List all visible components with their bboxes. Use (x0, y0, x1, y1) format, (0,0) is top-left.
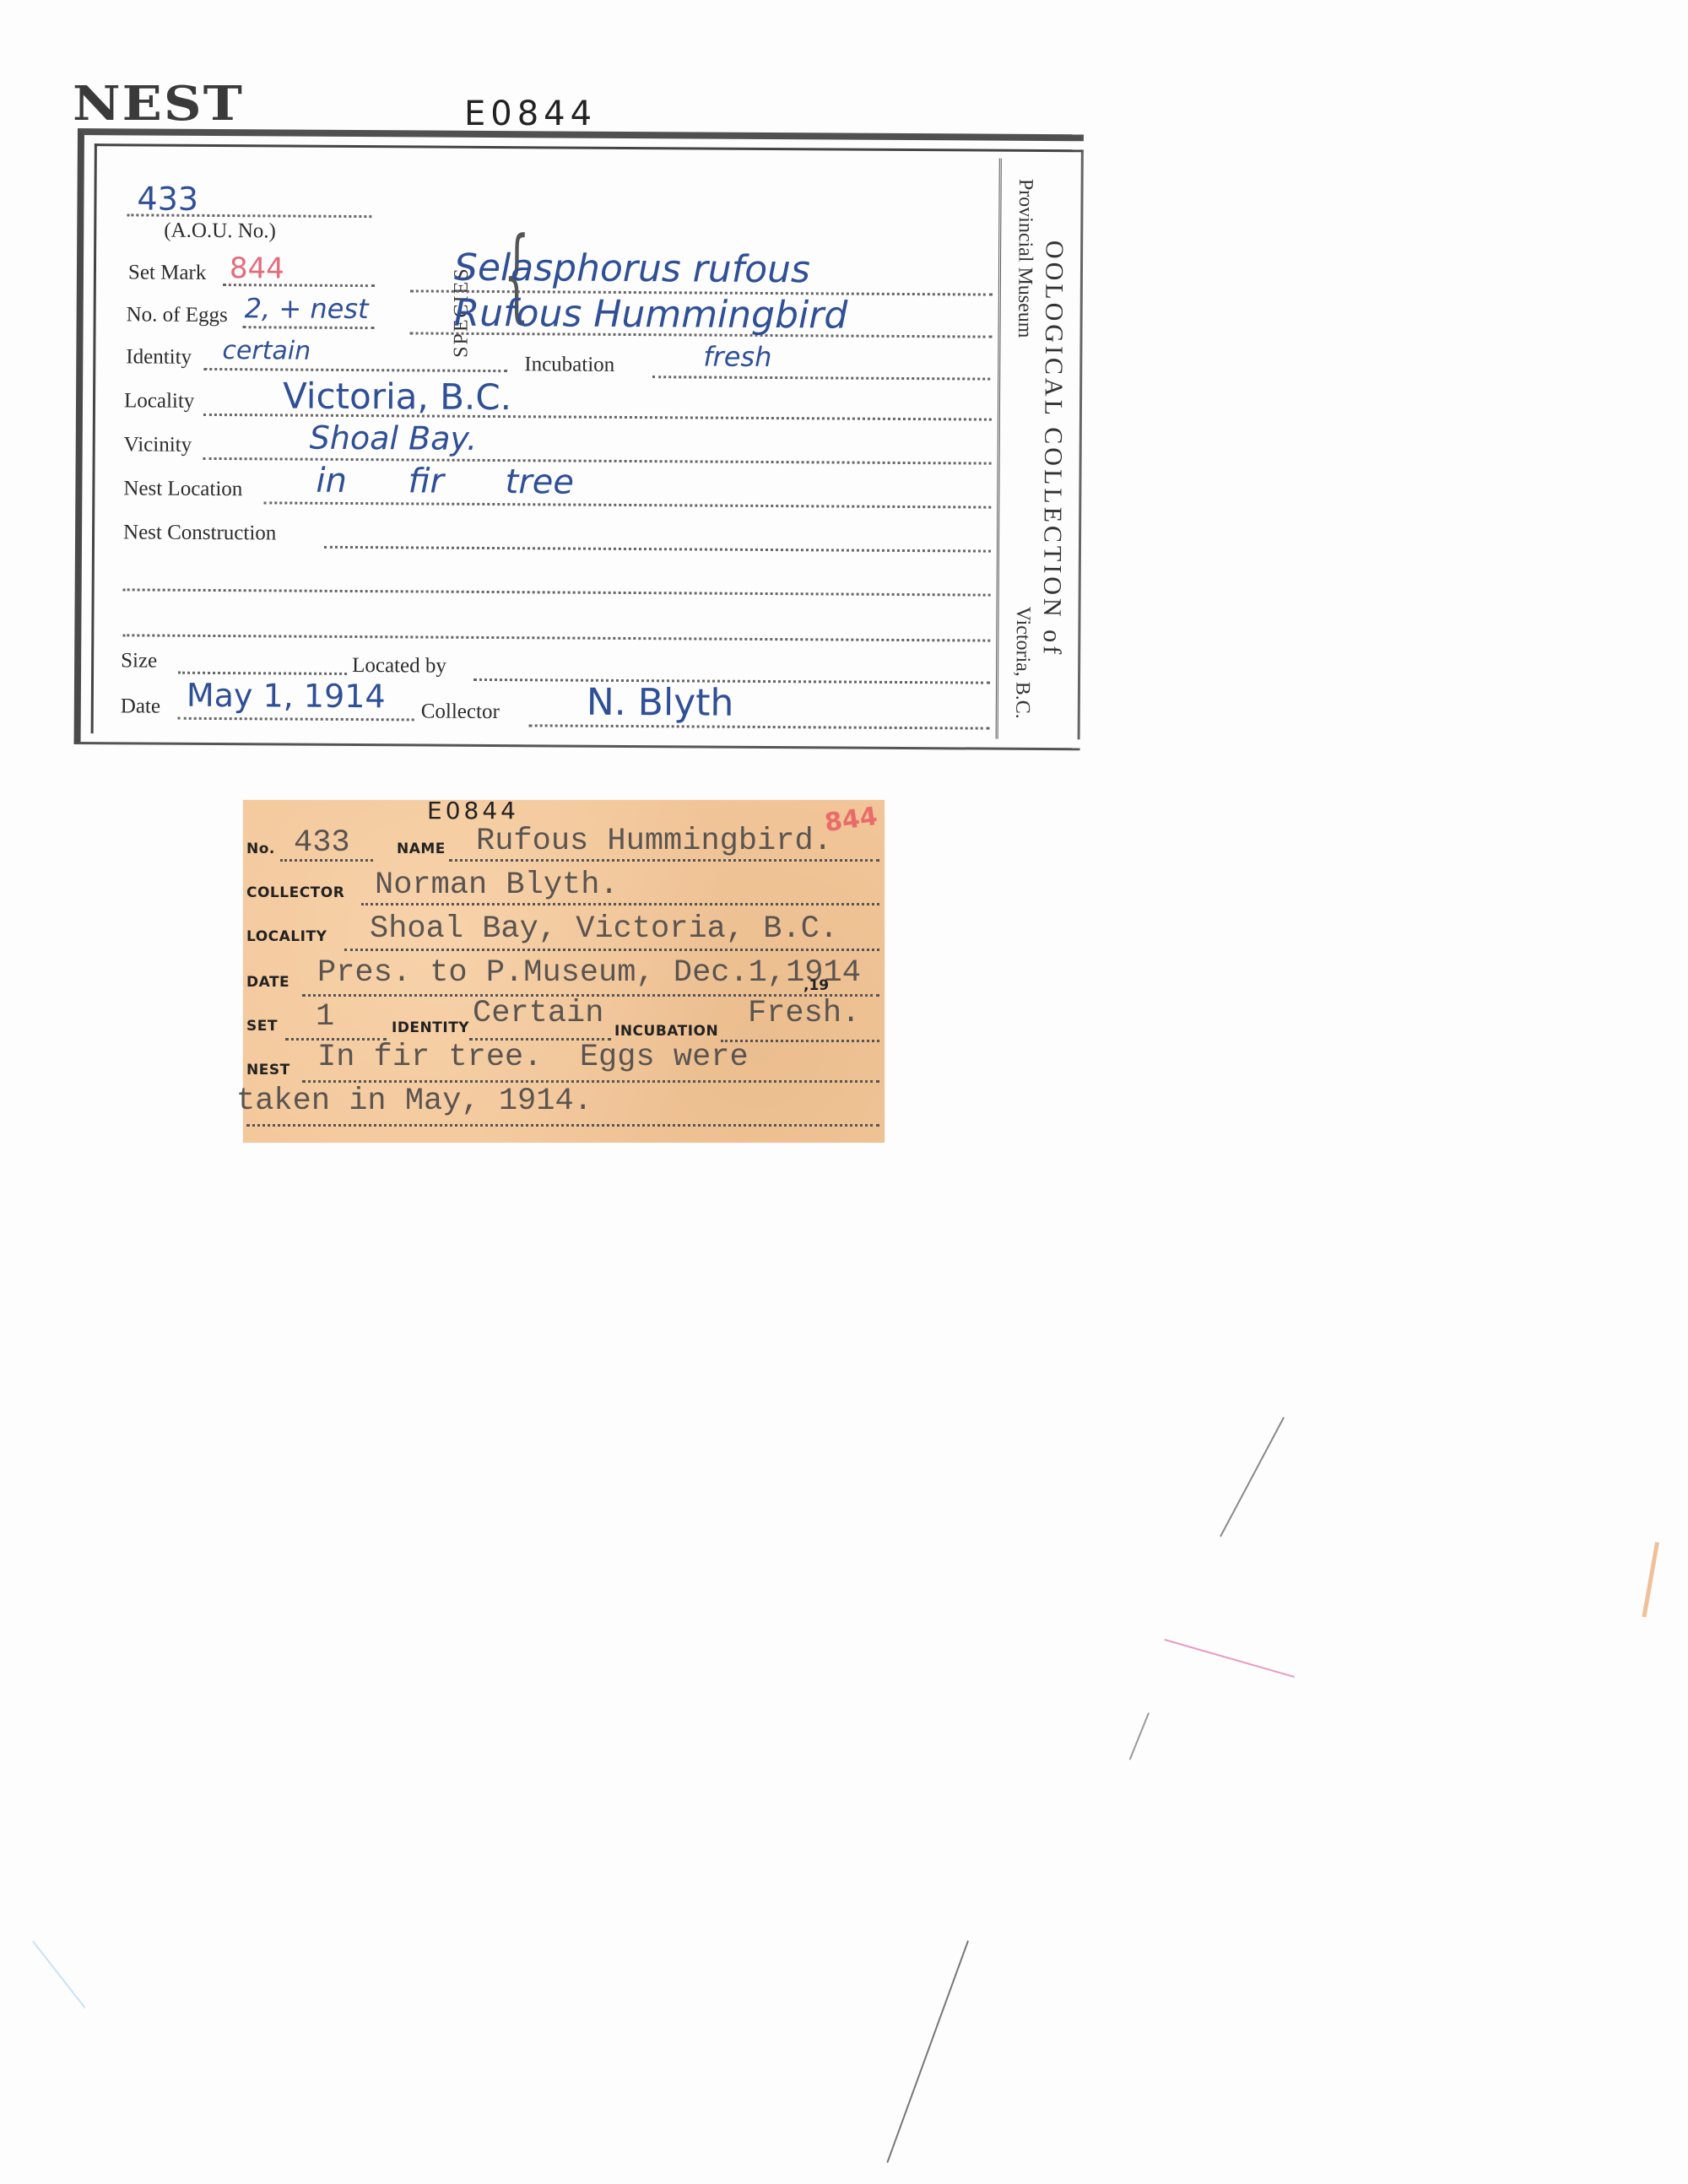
label-incubation-label: Incubation (614, 1023, 718, 1040)
locality-label: Locality (124, 389, 194, 414)
nest-construction-line (324, 546, 991, 553)
label-set-label: Set (246, 1018, 278, 1035)
label-no-label: No. (246, 841, 275, 857)
label-identity-value: Certain (473, 996, 603, 1031)
label-no-value: 433 (294, 825, 350, 861)
nest-location-line (263, 501, 991, 508)
vicinity-value: Shoal Bay. (310, 419, 478, 457)
label-nest-value-line1: In fir tree. Eggs were (317, 1040, 749, 1075)
incubation-value: fresh (703, 341, 771, 373)
aou-number-label: (A.O.U. No.) (164, 219, 276, 244)
collection-city: Victoria, B.C. (1010, 607, 1034, 719)
incubation-line (652, 376, 990, 380)
label-collector-label: Collector (246, 884, 344, 901)
species-scientific-value: Selasphorus rufous (454, 246, 810, 292)
label-date-label: Date (246, 974, 289, 991)
label-nest-value-line2: taken in May, 1914. (236, 1084, 592, 1119)
catalog-number: E0844 (464, 95, 597, 133)
located-by-label: Located by (352, 654, 446, 678)
set-mark-value: 844 (230, 251, 284, 285)
date-value: May 1, 1914 (187, 677, 386, 715)
label-locality-line (344, 949, 879, 951)
label-set-value: 1 (316, 999, 334, 1035)
nest-construction-line-3 (122, 634, 990, 641)
label-collector-value: Norman Blyth. (375, 868, 619, 903)
species-common-value: Rufous Hummingbird (454, 292, 848, 338)
nest-card-frame: OOLOGICAL COLLECTION of Provincial Museu… (74, 128, 1084, 750)
vicinity-label: Vicinity (124, 433, 192, 457)
label-name-line (449, 859, 879, 862)
label-name-label: Name (397, 841, 446, 857)
label-date-printed-19: ,19 (803, 977, 829, 994)
identity-label: Identity (126, 345, 192, 369)
label-collector-line (361, 903, 879, 905)
label-name-value: Rufous Hummingbird. (476, 824, 832, 859)
nest-card-inner-frame: OOLOGICAL COLLECTION of Provincial Museu… (91, 143, 1084, 739)
label-locality-label: Locality (246, 928, 327, 945)
collector-value: N. Blyth (587, 681, 734, 725)
stray-pencil-mark (886, 1940, 969, 2163)
nest-location-value: in fir tree (316, 462, 574, 502)
nest-location-label: Nest Location (123, 477, 242, 501)
label-incubation-value: Fresh. (748, 996, 860, 1031)
stray-pencil-mark (1129, 1712, 1150, 1760)
size-line (178, 672, 347, 675)
label-identity-label: Identity (392, 1019, 469, 1036)
stray-orange-mark (1642, 1542, 1659, 1618)
identity-line (203, 368, 507, 372)
identity-value: certain (222, 336, 311, 366)
label-catalog-number: E0844 (427, 797, 519, 824)
stray-blue-mark (32, 1941, 85, 2008)
date-line (178, 717, 414, 722)
no-of-eggs-line (243, 326, 375, 329)
collector-label: Collector (421, 700, 500, 724)
label-locality-value: Shoal Bay, Victoria, B.C. (370, 911, 838, 947)
aou-number-value: 433 (137, 180, 198, 217)
specimen-label-card: E0844 844 No. 433 Name Rufous Hummingbir… (243, 800, 885, 1143)
collection-museum: Provincial Museum (1013, 179, 1036, 338)
size-label: Size (121, 649, 157, 673)
collection-side-panel: OOLOGICAL COLLECTION of Provincial Museu… (996, 159, 1081, 740)
label-date-value: Pres. to P.Museum, Dec.1,1914 (317, 955, 861, 991)
nest-construction-label: Nest Construction (123, 521, 276, 545)
set-mark-label: Set Mark (128, 261, 207, 285)
locality-value: Victoria, B.C. (283, 375, 511, 418)
label-nest-line (302, 1080, 879, 1083)
nest-construction-line-2 (123, 588, 991, 596)
stray-pencil-mark (1220, 1417, 1285, 1537)
incubation-label: Incubation (524, 353, 614, 377)
nest-card-header: NEST (73, 76, 244, 132)
no-of-eggs-label: No. of Eggs (127, 303, 228, 327)
collection-title: OOLOGICAL COLLECTION of (1036, 179, 1069, 719)
label-nest-line-2 (246, 1124, 879, 1127)
date-label: Date (121, 695, 160, 718)
no-of-eggs-value: 2, + nest (245, 292, 369, 325)
collector-line (529, 724, 990, 729)
stray-pink-mark (1164, 1639, 1294, 1678)
label-nest-label: Nest (246, 1062, 290, 1078)
